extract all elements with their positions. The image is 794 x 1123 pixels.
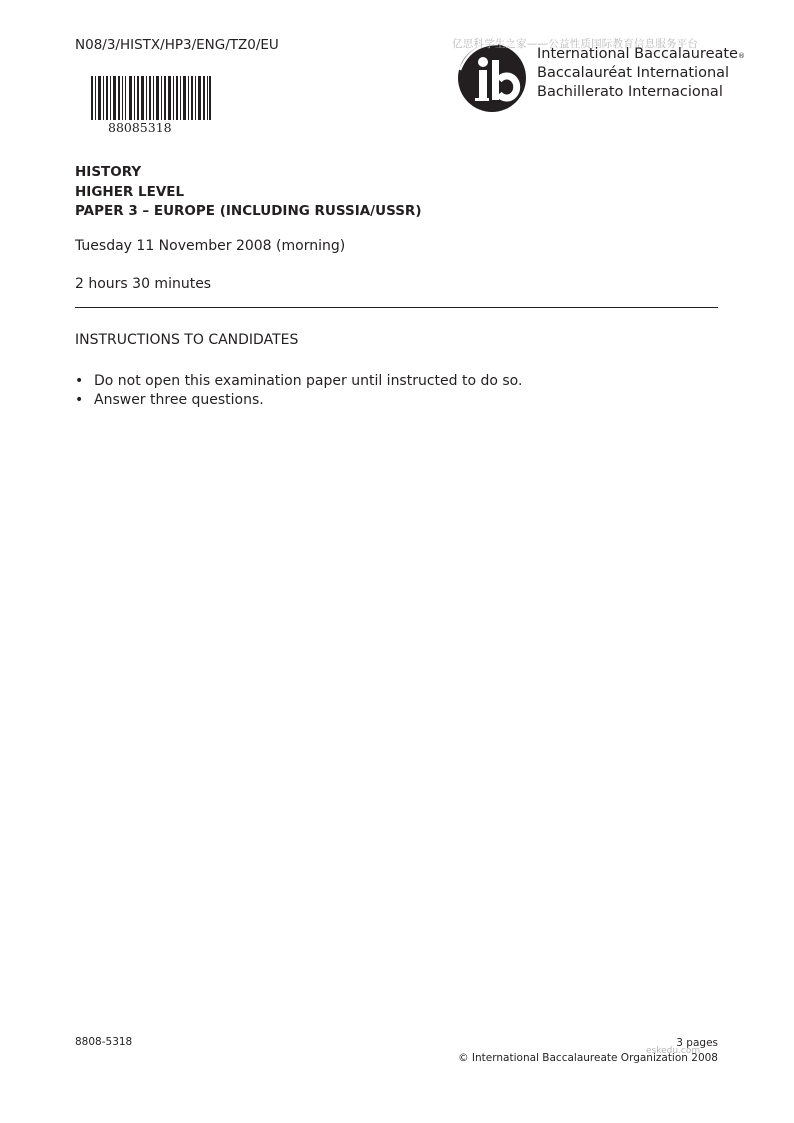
instruction-item: •Do not open this examination paper unti… <box>75 372 522 391</box>
paper-code: N08/3/HISTX/HP3/ENG/TZ0/EU <box>75 37 279 53</box>
barcode-icon <box>91 76 211 120</box>
bullet-icon: • <box>75 372 83 391</box>
paper-title: PAPER 3 – EUROPE (INCLUDING RUSSIA/USSR) <box>75 202 422 222</box>
exam-title-block: HISTORY HIGHER LEVEL PAPER 3 – EUROPE (I… <box>75 163 422 222</box>
instruction-item: •Answer three questions. <box>75 391 522 410</box>
instructions-list: •Do not open this examination paper unti… <box>75 372 522 410</box>
exam-duration: 2 hours 30 minutes <box>75 276 211 292</box>
document-code: 8808-5318 <box>75 1036 132 1048</box>
level-title: HIGHER LEVEL <box>75 183 422 203</box>
exam-date: Tuesday 11 November 2008 (morning) <box>75 238 345 254</box>
org-name-spanish: Bachillerato Internacional <box>537 83 745 102</box>
barcode-number: 88085318 <box>108 120 172 135</box>
org-name-french: Baccalauréat International <box>537 64 745 83</box>
organization-names: International Baccalaureate® Baccalauréa… <box>537 45 745 102</box>
instructions-heading: INSTRUCTIONS TO CANDIDATES <box>75 332 298 348</box>
subject-title: HISTORY <box>75 163 422 183</box>
divider <box>75 307 718 308</box>
bullet-icon: • <box>75 391 83 410</box>
org-name-english: International Baccalaureate® <box>537 45 745 64</box>
watermark-text: eskedu.com <box>646 1046 700 1056</box>
